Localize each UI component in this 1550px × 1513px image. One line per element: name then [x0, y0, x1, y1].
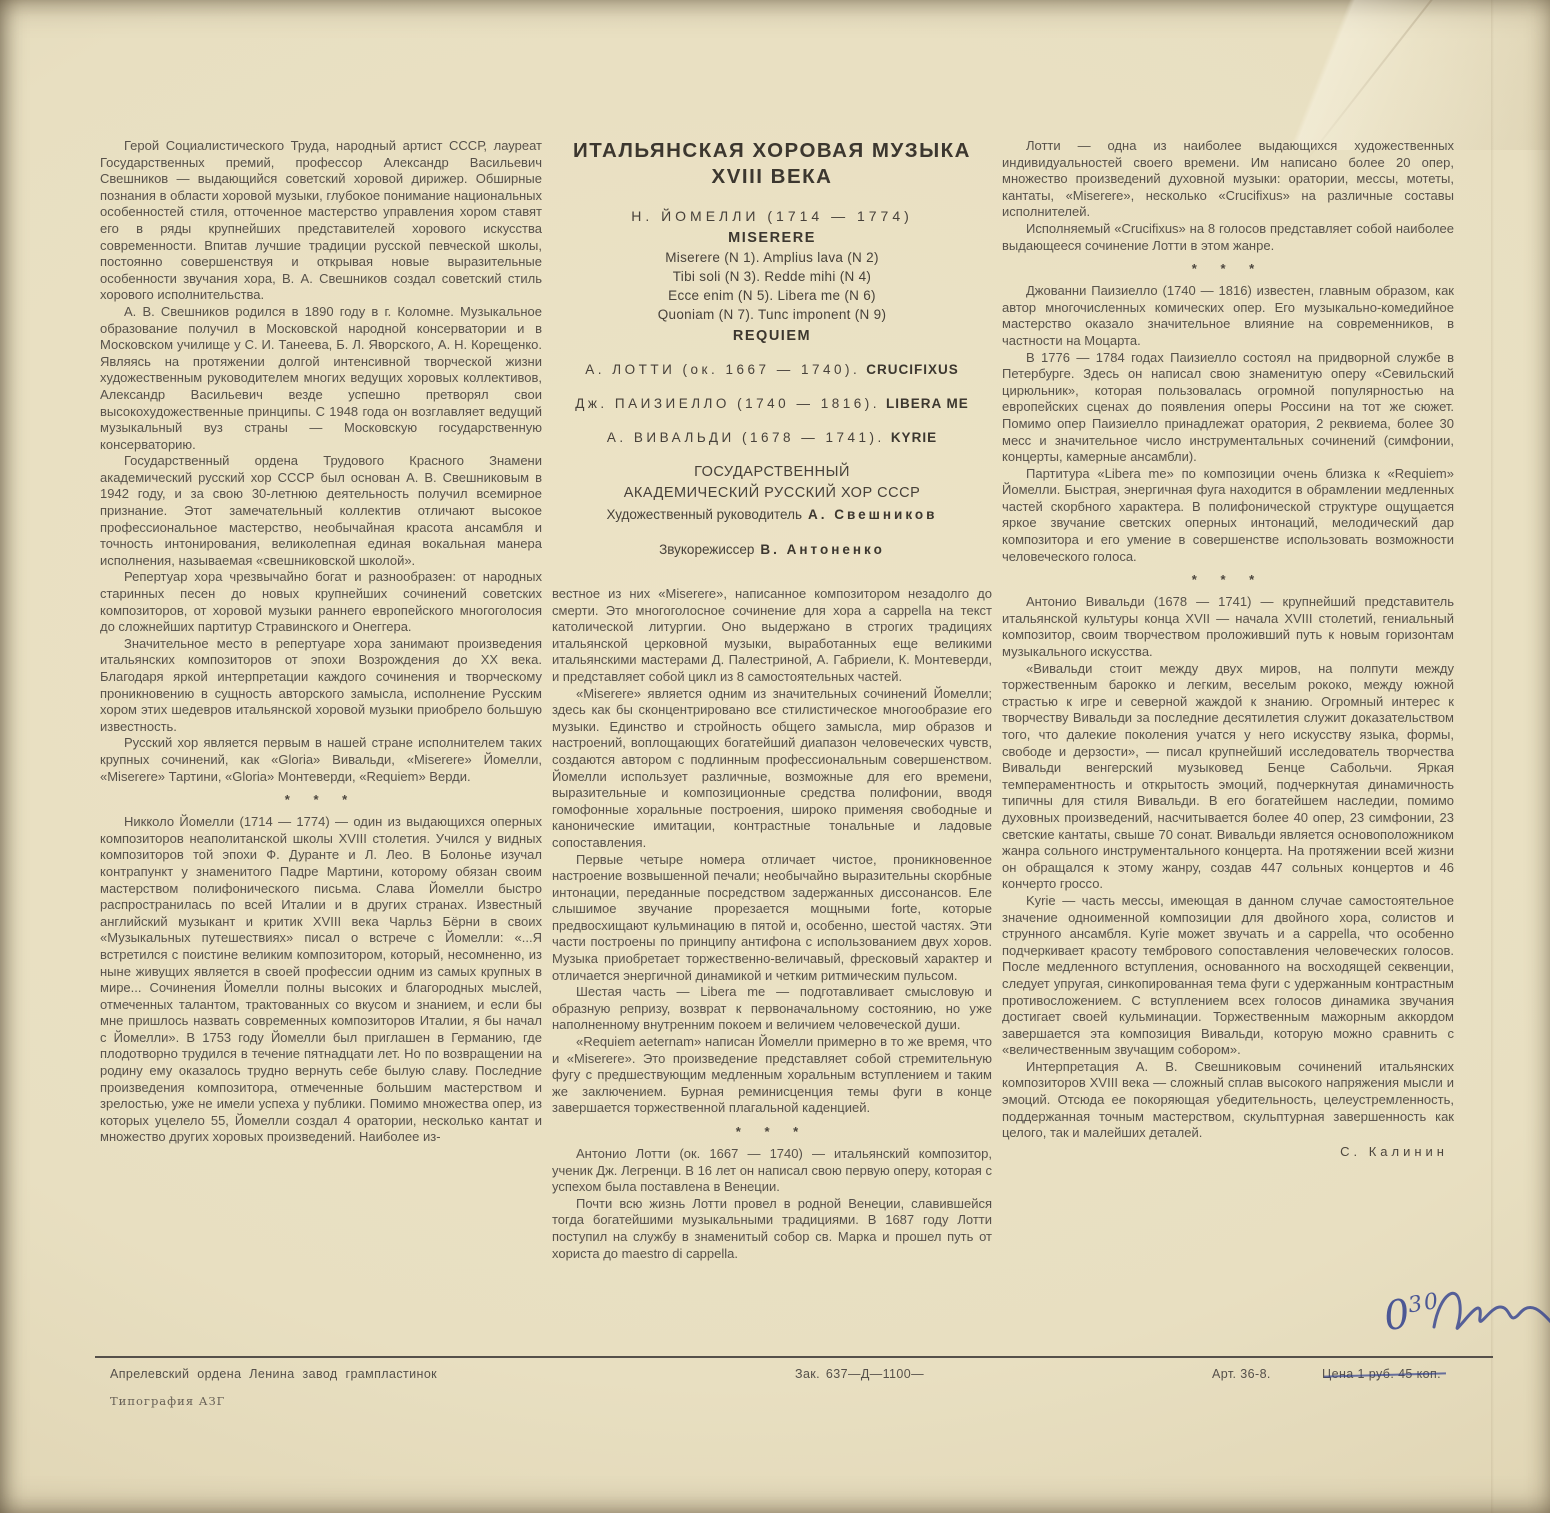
- album-heading: ИТАЛЬЯНСКАЯ ХОРОВАЯ МУЗЫКА XVIII ВЕКА Н.…: [552, 138, 992, 560]
- paragraph: Лотти — одна из наиболее выдающихся худо…: [1002, 138, 1454, 221]
- heading-line: АКАДЕМИЧЕСКИЙ РУССКИЙ ХОР СССР: [552, 483, 992, 504]
- order-number: Зак. 637—Д—1100—: [795, 1367, 924, 1381]
- album-title: ИТАЛЬЯНСКАЯ ХОРОВАЯ МУЗЫКА XVIII ВЕКА: [552, 138, 992, 190]
- heading-line: Miserere (N 1). Amplius lava (N 2): [552, 248, 992, 267]
- album-title-line1: ИТАЛЬЯНСКАЯ ХОРОВАЯ МУЗЫКА: [552, 138, 992, 164]
- credit-role: Звукорежиссер: [659, 542, 754, 557]
- article-number: Арт. 36-8.: [1212, 1367, 1271, 1381]
- paragraph: В 1776 — 1784 годах Паизиелло состоял на…: [1002, 350, 1454, 466]
- paragraph: Значительное место в репертуаре хора зан…: [100, 636, 542, 736]
- composer-name: А. ЛОТТИ (ок. 1667 — 1740).: [585, 362, 860, 377]
- middle-text-column: ИТАЛЬЯНСКАЯ ХОРОВАЯ МУЗЫКА XVIII ВЕКА Н.…: [552, 138, 992, 1350]
- heading-line: REQUIEM: [552, 326, 992, 346]
- composer-name: Дж. ПАИЗИЕЛЛО (1740 — 1816).: [575, 396, 880, 411]
- paragraph: Антонио Вивальди (1678 — 1741) — крупней…: [1002, 594, 1454, 660]
- paragraph: Русский хор является первым в нашей стра…: [100, 735, 542, 785]
- credit-line: ЗвукорежиссерВ. Антоненко: [552, 539, 992, 560]
- paragraph: вестное из них «Miserere», написанное ко…: [552, 586, 992, 686]
- section-separator: * * *: [1002, 261, 1454, 277]
- pen-superscript: 30: [1406, 1289, 1442, 1319]
- composer-name: А. ВИВАЛЬДИ (1678 — 1741).: [607, 430, 885, 445]
- record-sleeve-back: Герой Социалистического Труда, народный …: [0, 0, 1550, 1513]
- heading-composer-line: Дж. ПАИЗИЕЛЛО (1740 — 1816).LIBERA ME: [552, 394, 992, 414]
- paragraph: «Requiem aeternam» написан Йомелли приме…: [552, 1034, 992, 1117]
- paragraph: Антонио Лотти (ок. 1667 — 1740) — италья…: [552, 1146, 992, 1196]
- work-title: CRUCIFIXUS: [866, 362, 959, 377]
- paragraph: Герой Социалистического Труда, народный …: [100, 138, 542, 304]
- left-text-column: Герой Социалистического Труда, народный …: [100, 138, 542, 1350]
- price: Цена 1 руб. 45 коп.: [1322, 1367, 1441, 1381]
- heading-line: ГОСУДАРСТВЕННЫЙ: [552, 462, 992, 483]
- paragraph: «Miserere» является одним из значительны…: [552, 686, 992, 852]
- heading-line: Ecce enim (N 5). Libera me (N 6): [552, 286, 992, 305]
- section-separator: * * *: [1002, 572, 1454, 588]
- paragraph: Партитура «Libera me» по композиции очен…: [1002, 466, 1454, 566]
- price-amount-struck: 1 руб. 45 коп.: [1358, 1367, 1442, 1381]
- credit-person: В. Антоненко: [760, 542, 884, 557]
- tracklist-and-credits: Н. ЙОМЕЛЛИ (1714 — 1774)MISEREREMiserere…: [552, 206, 992, 560]
- pen-price-annotation: 030: [1381, 1286, 1445, 1340]
- paper-fold-highlight: [1030, 0, 1550, 150]
- credit-line: Художественный руководительА. Свешников: [552, 504, 992, 525]
- paragraph: Почти всю жизнь Лотти провел в родной Ве…: [552, 1196, 992, 1262]
- heading-line: MISERERE: [552, 228, 992, 248]
- paragraph: Первые четыре номера отличает чистое, пр…: [552, 852, 992, 985]
- author-signature: С. Калинин: [1002, 1144, 1454, 1161]
- credit-person: А. Свешников: [808, 507, 937, 522]
- paragraph: Kyrie — часть мессы, имеющая в данном сл…: [1002, 893, 1454, 1059]
- heading-composer-line: А. ВИВАЛЬДИ (1678 — 1741).KYRIE: [552, 428, 992, 448]
- work-title: LIBERA ME: [886, 396, 969, 411]
- paragraph: Интерпретация А. В. Свешниковым сочинени…: [1002, 1059, 1454, 1142]
- section-separator: * * *: [100, 792, 542, 808]
- heading-line: Tibi soli (N 3). Redde mihi (N 4): [552, 267, 992, 286]
- heading-composer-line: А. ЛОТТИ (ок. 1667 — 1740).CRUCIFIXUS: [552, 360, 992, 380]
- paragraph: Никколо Йомелли (1714 — 1774) — один из …: [100, 814, 542, 1146]
- printer-imprint: Типография АЗГ: [110, 1394, 225, 1408]
- heading-line: Quoniam (N 7). Tunc imponent (N 9): [552, 305, 992, 324]
- pressing-plant: Апрелевский ордена Ленина завод грамплас…: [110, 1367, 437, 1381]
- paragraph: Репертуар хора чрезвычайно богат и разно…: [100, 569, 542, 635]
- credit-role: Художественный руководитель: [607, 507, 802, 522]
- paragraph: Шестая часть — Libera me — подготавливае…: [552, 984, 992, 1034]
- paragraph: Исполняемый «Crucifixus» на 8 голосов пр…: [1002, 221, 1454, 254]
- paper-crease-right: [1491, 0, 1494, 1513]
- work-title: KYRIE: [891, 430, 937, 445]
- section-separator: * * *: [552, 1124, 992, 1140]
- paragraph: Государственный ордена Трудового Красног…: [100, 453, 542, 569]
- paragraph: А. В. Свешников родился в 1890 году в г.…: [100, 304, 542, 453]
- heading-line: Н. ЙОМЕЛЛИ (1714 — 1774): [552, 206, 992, 226]
- middle-column-body: вестное из них «Miserere», написанное ко…: [552, 586, 992, 1262]
- paragraph: Джованни Паизиелло (1740 — 1816) известе…: [1002, 283, 1454, 349]
- album-title-line2: XVIII ВЕКА: [552, 164, 992, 190]
- right-text-column: Лотти — одна из наиболее выдающихся худо…: [1002, 138, 1454, 1350]
- footer-rule: [95, 1356, 1493, 1358]
- paragraph: «Вивальди стоит между двух миров, на пол…: [1002, 661, 1454, 893]
